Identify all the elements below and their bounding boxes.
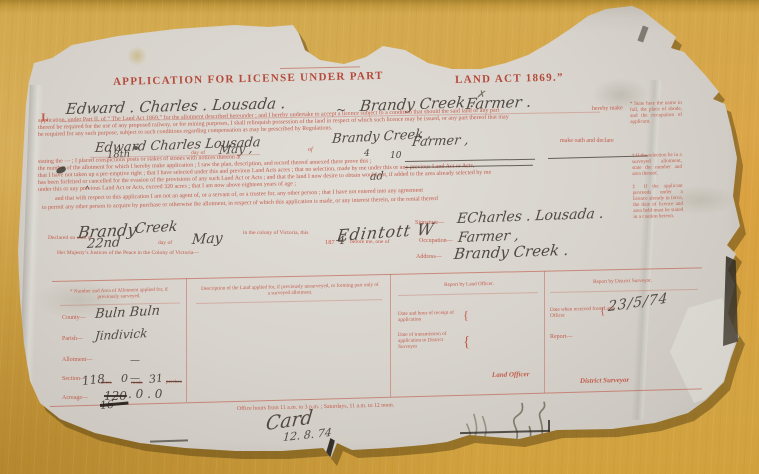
bottom-tear-line-v <box>548 420 550 432</box>
margin-note-1: * State here the name in full, the place… <box>630 100 683 125</box>
hw-oath-occupation: Farmer , <box>411 133 469 150</box>
hw-parish: Jindivick <box>94 326 148 343</box>
hw-acreage-rest: . 0 . 0 <box>128 387 162 401</box>
margin-note-2: † If the selection be in a surveyed allo… <box>632 152 683 177</box>
allotment-label: Allotment— <box>62 357 92 364</box>
hw-acreage-scribble: 16 — <box>99 397 129 412</box>
left-tear-line <box>150 439 188 442</box>
county-label: County— <box>62 315 86 322</box>
col1-header: * Number and Area of Allotment applied f… <box>60 286 178 301</box>
transmission-brace: { <box>463 334 470 351</box>
col2-header-underline <box>196 299 382 304</box>
hw-allotment-dash: — <box>130 355 140 366</box>
transmission-label: Date of transmission of application to D… <box>398 331 462 350</box>
ink-strikethrough-2 <box>405 159 535 162</box>
print-perches-word: perches <box>166 379 182 385</box>
colony-label: in the colony of Victoria, this <box>243 230 308 237</box>
form-content: SCHEDULE APPLICATION FOR LICENSE UNDER P… <box>0 0 759 474</box>
hw-signature: ECharles . Lousada . <box>456 206 604 227</box>
rule-above-title <box>280 66 360 69</box>
table-divider-2 <box>390 274 391 397</box>
hw-inserted-word: ad <box>370 169 384 183</box>
ink-caret-mark: ^ <box>85 184 90 193</box>
col4-header-underline <box>550 289 698 293</box>
form-title-left: APPLICATION FOR LICENSE UNDER PART <box>113 70 384 88</box>
hw-fee-10: 10 <box>390 151 401 161</box>
margin-note-3: ‡ If the applicant proceeds under a lice… <box>633 183 684 220</box>
print-hereby-make: hereby make <box>592 105 623 113</box>
office-hours-line: Office hours from 11 a.m. to 3 p.m. ; Sa… <box>237 402 394 412</box>
form-title-right: LAND ACT 1869.” <box>455 72 564 86</box>
hw-received-date: 23/5/74 <box>607 290 669 315</box>
hw-address-value: Brandy Creek . <box>453 241 570 263</box>
received-brace: { <box>600 305 605 317</box>
crease-right-fold <box>631 80 661 420</box>
report-label: Report— <box>550 334 572 341</box>
col4-header: Report by District Surveyor. <box>550 277 695 286</box>
print-year: 187 <box>325 239 335 246</box>
address-label: Address— <box>416 254 442 261</box>
col2-header: Description of the Land applied for, if … <box>200 282 380 298</box>
district-surveyor-label: District Surveyor <box>580 376 629 385</box>
receipt-label: Date and hour of receipt of application <box>398 310 462 323</box>
hw-area-perches: 31 <box>148 372 163 386</box>
print-of: of <box>308 147 313 154</box>
print-roods-word: roods <box>131 380 143 386</box>
hw-county: Buln Buln <box>94 304 160 322</box>
col3-header-underline <box>398 292 538 296</box>
print-justices: Her Majesty’s Justices of the Peace in t… <box>57 250 199 257</box>
print-make-oath: make oath and declare <box>560 138 614 145</box>
receipt-brace: { <box>463 308 469 323</box>
land-officer-label: Land Officer <box>492 370 530 379</box>
print-acres-word: acres <box>101 380 112 386</box>
hw-declared-month: May <box>191 230 223 248</box>
photo-of-document: SCHEDULE APPLICATION FOR LICENSE UNDER P… <box>0 0 759 474</box>
declared-day-of: day of <box>158 240 172 247</box>
parish-label: Parish— <box>62 336 83 343</box>
hw-area-roods: 0 <box>121 372 128 385</box>
table-divider-1 <box>186 278 187 402</box>
acreage-label: Acreage— <box>62 395 88 402</box>
schedule-label: SCHEDULE <box>305 43 356 53</box>
ink-dot <box>134 146 138 150</box>
occupation-label: Occupation— <box>419 238 453 245</box>
hw-declared-place2: Creek <box>134 219 178 237</box>
table-divider-3 <box>544 271 545 393</box>
col3-header: Report by Land Officer. <box>400 280 538 289</box>
